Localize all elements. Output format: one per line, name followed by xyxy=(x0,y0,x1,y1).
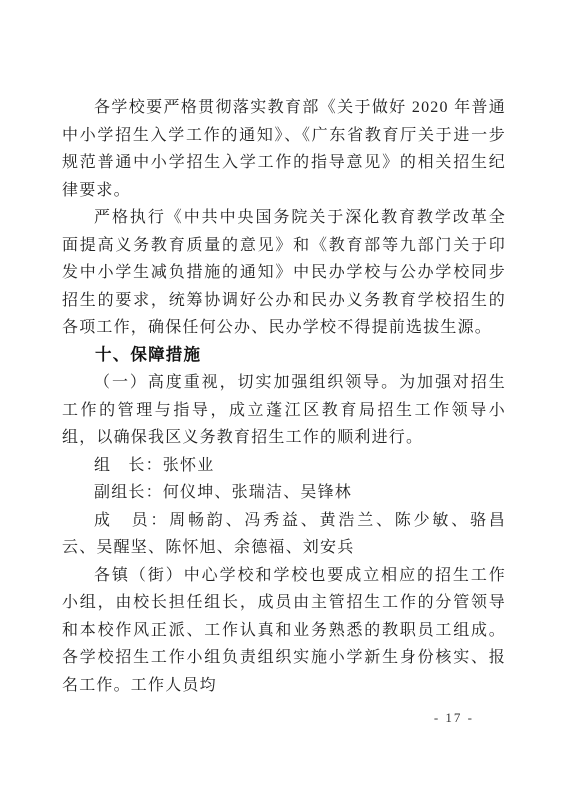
line-group-leader: 组 长：张怀业 xyxy=(62,452,506,480)
line-deputy-leaders: 副组长：何仪坤、张瑞洁、吴锋林 xyxy=(62,479,506,507)
document-body: 各学校要严格贯彻落实教育部《关于做好 2020 年普通中小学招生入学工作的通知》… xyxy=(62,94,506,699)
page-number: - 17 - xyxy=(434,710,474,726)
paragraph-enrollment-discipline: 各学校要严格贯彻落实教育部《关于做好 2020 年普通中小学招生入学工作的通知》… xyxy=(62,94,506,204)
paragraph-school-work-groups: 各镇（街）中心学校和学校也要成立相应的招生工作小组，由校长担任组长，成员由主管招… xyxy=(62,562,506,700)
line-group-members: 成 员：周畅韵、冯秀益、黄浩兰、陈少敏、骆昌云、吴醒坚、陈怀旭、余德福、刘安兵 xyxy=(62,507,506,562)
document-page: 各学校要严格贯彻落实教育部《关于做好 2020 年普通中小学招生入学工作的通知》… xyxy=(0,0,566,800)
paragraph-organizational-leadership: （一）高度重视，切实加强组织领导。为加强对招生工作的管理与指导，成立蓬江区教育局… xyxy=(62,369,506,452)
section-heading-safeguard-measures: 十、保障措施 xyxy=(62,342,506,370)
paragraph-sync-enrollment-requirements: 严格执行《中共中央国务院关于深化教育教学改革全面提高义务教育质量的意见》和《教育… xyxy=(62,204,506,342)
